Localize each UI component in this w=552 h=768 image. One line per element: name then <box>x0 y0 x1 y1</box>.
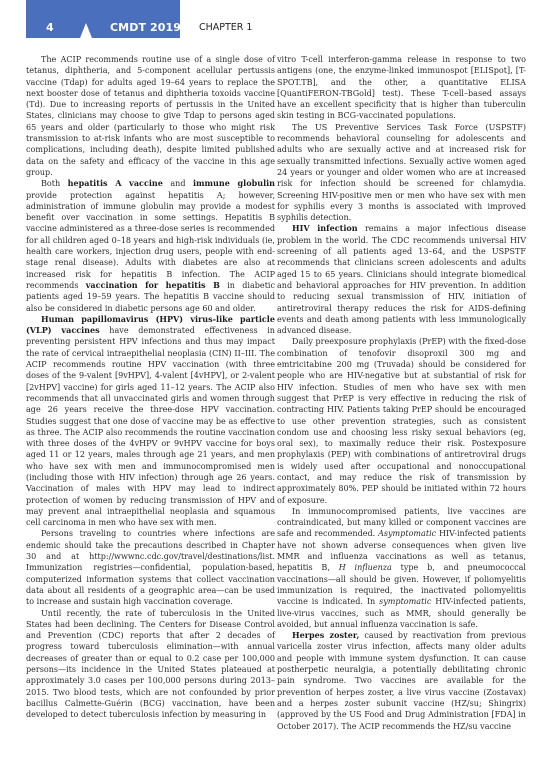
paragraph-prep: Daily preexposure prophylaxis (PrEP) wit… <box>277 336 526 505</box>
right-column: vitro T-cell interferon-gamma release in… <box>277 54 526 732</box>
text: caused by reactivation from previous var… <box>277 631 526 730</box>
paragraph-uspstf: The US Preventive Services Task Force (U… <box>277 122 526 224</box>
text: and <box>163 179 193 188</box>
paragraph-tuberculosis: Until recently, the rate of tuberculosis… <box>26 608 275 721</box>
bold-term: hepatitis A vaccine <box>68 178 163 188</box>
paragraph-travel: Persons traveling to countries where inf… <box>26 528 275 607</box>
text: provide protection against hepatitis A; … <box>26 191 275 290</box>
paragraph-tdap: The ACIP recommends routine use of a sin… <box>26 54 275 178</box>
bold-term: immune globulin <box>193 178 275 188</box>
chapter-label: CHAPTER 1 <box>199 22 252 33</box>
italic-term: Asymptomatic <box>378 529 436 538</box>
left-column: The ACIP recommends routine use of a sin… <box>26 54 275 721</box>
text: Both <box>41 179 68 188</box>
paragraph-herpes-zoster: Herpes zoster, caused by reactivation fr… <box>277 630 526 732</box>
paragraph-hiv: HIV infection remains a major infectious… <box>277 223 526 336</box>
page-number: 4 <box>46 21 54 34</box>
bold-term: vaccination for hepatitis B <box>86 280 220 290</box>
paragraph-hpv: Human papillomavirus (HPV) virus-like pa… <box>26 314 275 529</box>
text: have demonstrated effectiveness in preve… <box>26 326 275 527</box>
italic-term: symptomatic <box>379 597 431 606</box>
bold-term: Herpes zoster, <box>292 630 359 640</box>
italic-term: H influenza <box>339 563 392 572</box>
triangle-decoration-icon <box>80 23 92 38</box>
bold-term: HIV infection <box>292 223 358 233</box>
paragraph-tb-continued: vitro T-cell interferon-gamma release in… <box>277 54 526 122</box>
text: remains a major infectious disease probl… <box>277 224 526 335</box>
paragraph-immunocompromised: In immunocompromised patients, live vacc… <box>277 506 526 630</box>
paragraph-hepatitis: Both hepatitis A vaccine and immune glob… <box>26 178 275 314</box>
book-title: CMDT 2019 <box>110 21 181 34</box>
